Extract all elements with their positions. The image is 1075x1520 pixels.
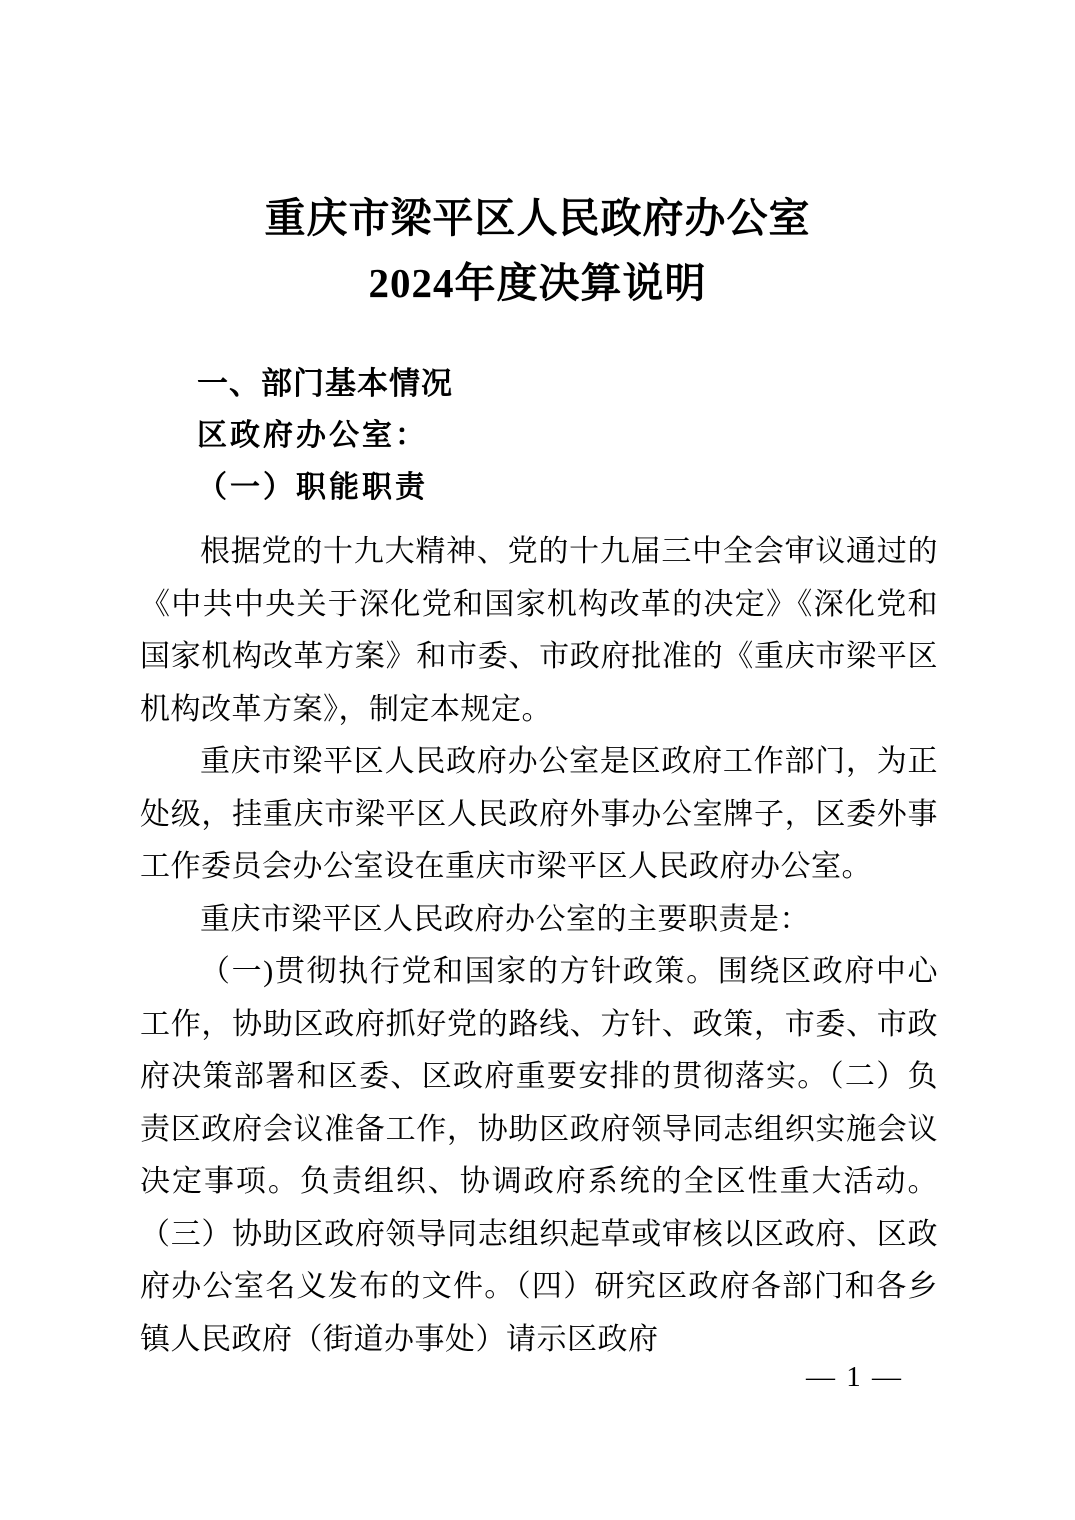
page-number: — 1 — <box>806 1360 903 1394</box>
paragraph-duties-intro: 重庆市梁平区人民政府办公室的主要职责是： <box>140 894 938 947</box>
section-heading: 一、部门基本情况 <box>140 358 938 410</box>
paragraph-duties-list: （一)贯彻执行党和国家的方针政策。围绕区政府中心工作，协助区政府抓好党的路线、方… <box>140 946 938 1366</box>
title-line-2: 2024年度决算说明 <box>0 251 1075 316</box>
subsection-heading: （一）职能职责 <box>140 462 938 514</box>
department-heading: 区政府办公室： <box>140 410 938 462</box>
document-page: 重庆市梁平区人民政府办公室 2024年度决算说明 一、部门基本情况 区政府办公室… <box>0 0 1075 1520</box>
paragraph-basis: 根据党的十九大精神、党的十九届三中全会审议通过的《中共中央关于深化党和国家机构改… <box>140 526 938 736</box>
document-body: 一、部门基本情况 区政府办公室： （一）职能职责 根据党的十九大精神、党的十九届… <box>140 358 938 1366</box>
paragraph-office-description: 重庆市梁平区人民政府办公室是区政府工作部门，为正处级，挂重庆市梁平区人民政府外事… <box>140 736 938 894</box>
document-title: 重庆市梁平区人民政府办公室 2024年度决算说明 <box>0 186 1075 316</box>
title-line-1: 重庆市梁平区人民政府办公室 <box>0 186 1075 251</box>
